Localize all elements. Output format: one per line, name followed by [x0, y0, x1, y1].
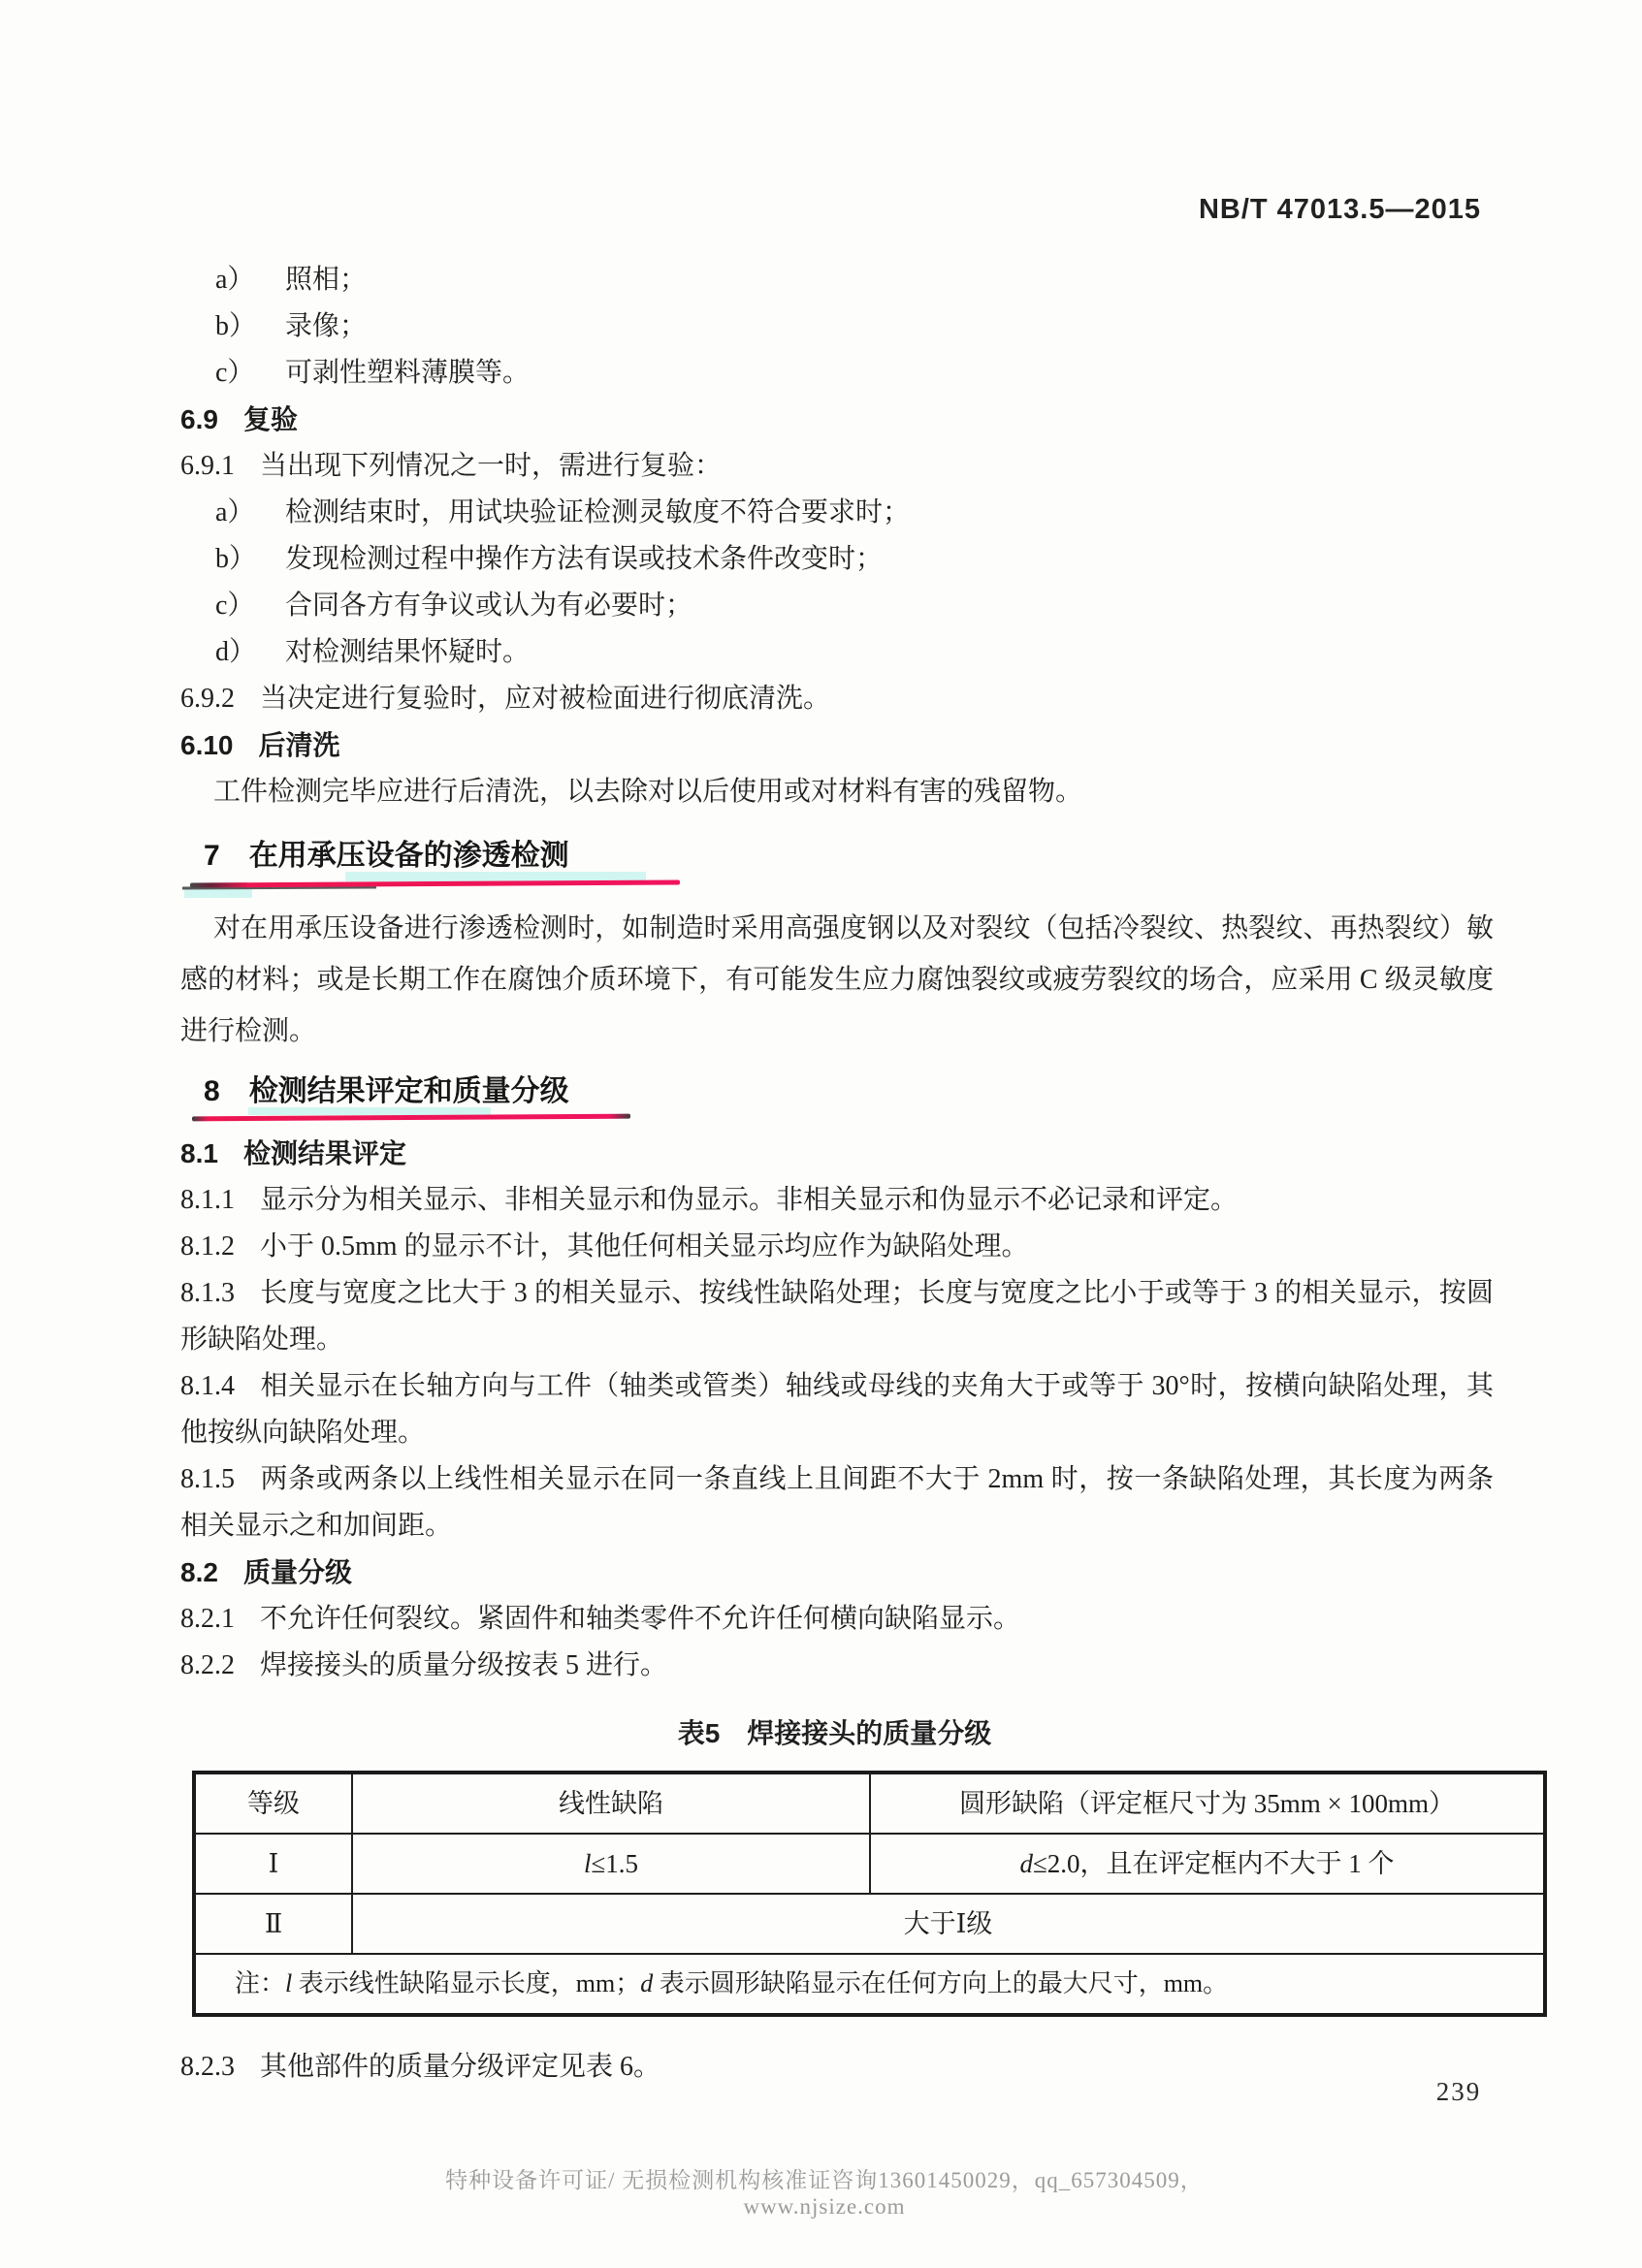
clause-8-1-2: 8.1.2小于 0.5mm 的显示不计，其他任何相关显示均应作为缺陷处理。	[180, 1224, 1494, 1270]
paragraph-6-10: 工件检测完毕应进行后清洗，以去除对以后使用或对材料有害的残留物。	[180, 769, 1494, 815]
clause-number: 6.9.1	[180, 451, 235, 481]
clause-text: 当出现下列情况之一时，需进行复验：	[260, 451, 722, 481]
clause-number: 8.2.3	[180, 2052, 235, 2082]
table-header-grade: 等级	[194, 1773, 352, 1834]
paragraph-7: 对在用承压设备进行渗透检测时，如制造时采用高强度钢以及对裂纹（包括冷裂纹、热裂纹…	[180, 903, 1494, 1057]
subsection-8-1-heading: 8.1检测结果评定	[180, 1131, 1494, 1177]
page-content: a）照相； b）录像； c）可剥性塑料薄膜等。 6.9复验 6.9.1当出现下列…	[180, 257, 1494, 2091]
section-title: 检测结果评定和质量分级	[249, 1075, 569, 1107]
clause-8-2-3: 8.2.3其他部件的质量分级评定见表 6。	[180, 2044, 1494, 2091]
list-item-label: b）	[215, 536, 260, 583]
clause-text: 两条或两条以上线性相关显示在同一条直线上且间距不大于 2mm 时，按一条缺陷处理…	[180, 1464, 1494, 1541]
clause-number: 8.1.1	[180, 1185, 235, 1215]
list-item: a）检测结束时，用试块验证检测灵敏度不符合要求时；	[215, 490, 1494, 536]
subsection-title: 后清洗	[259, 730, 340, 760]
list-item-text: 发现检测过程中操作方法有误或技术条件改变时；	[285, 544, 883, 574]
note-prefix: 注：	[235, 1969, 285, 1997]
clause-text: 长度与宽度之比大于 3 的相关显示、按线性缺陷处理；长度与宽度之比小于或等于 3…	[180, 1278, 1494, 1355]
table-header-linear-defect: 线性缺陷	[352, 1773, 870, 1834]
clause-text: 焊接接头的质量分级按表 5 进行。	[260, 1650, 667, 1680]
subsection-6-10-heading: 6.10后清洗	[180, 722, 1494, 769]
subsection-number: 6.10	[180, 730, 234, 760]
table-note-row: 注：l 表示线性缺陷显示长度，mm；d 表示圆形缺陷显示在任何方向上的最大尺寸，…	[194, 1954, 1545, 2015]
clause-8-2-2: 8.2.2焊接接头的质量分级按表 5 进行。	[180, 1643, 1494, 1689]
subsection-title: 复验	[243, 404, 298, 434]
clause-8-1-1: 8.1.1显示分为相关显示、非相关显示和伪显示。非相关显示和伪显示不必记录和评定…	[180, 1177, 1494, 1224]
table-header-row: 等级 线性缺陷 圆形缺陷（评定框尺寸为 35mm × 100mm）	[194, 1773, 1545, 1834]
table-row-grade-2: Ⅱ 大于Ⅰ级	[194, 1894, 1545, 1954]
section-number: 8	[204, 1075, 220, 1107]
clause-text: 不允许任何裂纹。紧固件和轴类零件不允许任何横向缺陷显示。	[260, 1604, 1020, 1634]
clause-number: 8.1.5	[180, 1464, 235, 1494]
list-item-label: c）	[215, 583, 260, 629]
clause-text: 其他部件的质量分级评定见表 6。	[260, 2052, 660, 2082]
clause-8-1-5: 8.1.5两条或两条以上线性相关显示在同一条直线上且间距不大于 2mm 时，按一…	[180, 1456, 1494, 1549]
section-7-heading: 7在用承压设备的渗透检测	[180, 831, 1494, 881]
list-item: c）可剥性塑料薄膜等。	[215, 350, 1494, 397]
list-item-text: 录像；	[285, 311, 367, 341]
list-item: a）照相；	[215, 257, 1494, 303]
section-number: 7	[204, 840, 220, 872]
list-item-text: 检测结束时，用试块验证检测灵敏度不符合要求时；	[285, 497, 910, 527]
grade-1-linear-cell: l≤1.5	[352, 1834, 870, 1894]
subsection-number: 8.2	[180, 1557, 218, 1587]
variable-d: d	[1019, 1849, 1033, 1878]
subsection-8-2-heading: 8.2质量分级	[180, 1549, 1494, 1596]
clause-6-9-1: 6.9.1当出现下列情况之一时，需进行复验：	[180, 443, 1494, 490]
clause-number: 8.1.2	[180, 1231, 235, 1262]
clause-6-9-2: 6.9.2当决定进行复验时，应对被检面进行彻底清洗。	[180, 676, 1494, 722]
doc-number: NB/T 47013.5—2015	[1199, 194, 1481, 226]
page-number: 239	[1418, 2077, 1499, 2107]
clause-number: 8.1.4	[180, 1371, 235, 1401]
list-item-label: c）	[215, 350, 260, 397]
grade-1-round-cell: d≤2.0，且在评定框内不大于 1 个	[870, 1834, 1545, 1894]
grade-2-cell: Ⅱ	[194, 1894, 352, 1954]
list-item: b）录像；	[215, 303, 1494, 350]
clause-number: 6.9.2	[180, 684, 235, 714]
table-row-grade-1: Ⅰ l≤1.5 d≤2.0，且在评定框内不大于 1 个	[194, 1834, 1545, 1894]
clause-8-1-4: 8.1.4相关显示在长轴方向与工件（轴类或管类）轴线或母线的夹角大于或等于 30…	[180, 1363, 1494, 1456]
note-text-1: 表示线性缺陷显示长度，mm；	[292, 1969, 640, 1997]
clause-text: 小于 0.5mm 的显示不计，其他任何相关显示均应作为缺陷处理。	[260, 1231, 1029, 1262]
list-item-text: 合同各方有争议或认为有必要时；	[285, 591, 692, 621]
section-7-underline	[190, 879, 680, 887]
clause-8-1-3: 8.1.3长度与宽度之比大于 3 的相关显示、按线性缺陷处理；长度与宽度之比小于…	[180, 1270, 1494, 1363]
list-item-text: 可剥性塑料薄膜等。	[285, 358, 530, 388]
list-item: b）发现检测过程中操作方法有误或技术条件改变时；	[215, 536, 1494, 583]
table-note: 注：l 表示线性缺陷显示长度，mm；d 表示圆形缺陷显示在任何方向上的最大尺寸，…	[194, 1954, 1545, 2015]
list-item-label: d）	[215, 629, 260, 676]
note-text-2: 表示圆形缺陷显示在任何方向上的最大尺寸，mm。	[653, 1969, 1228, 1997]
document-page: NB/T 47013.5—2015 a）照相； b）录像； c）可剥性塑料薄膜等…	[0, 0, 1642, 2268]
table-header-round-defect: 圆形缺陷（评定框尺寸为 35mm × 100mm）	[870, 1773, 1545, 1834]
subsection-number: 8.1	[180, 1138, 218, 1168]
clause-number: 8.1.3	[180, 1278, 235, 1308]
subsection-6-9-heading: 6.9复验	[180, 397, 1494, 443]
subsection-title: 质量分级	[243, 1557, 352, 1587]
clause-text: 当决定进行复验时，应对被检面进行彻底清洗。	[260, 684, 830, 714]
clause-number: 8.2.1	[180, 1604, 235, 1634]
subsection-title: 检测结果评定	[243, 1138, 406, 1168]
linear-limit: ≤1.5	[591, 1849, 638, 1878]
list-item-label: a）	[215, 490, 260, 536]
table-5-caption: 表5 焊接接头的质量分级	[180, 1710, 1489, 1757]
section-title: 在用承压设备的渗透检测	[249, 840, 569, 872]
subsection-number: 6.9	[180, 404, 218, 434]
list-item-text: 照相；	[285, 265, 367, 295]
list-item-label: a）	[215, 257, 260, 303]
table-5: 等级 线性缺陷 圆形缺陷（评定框尺寸为 35mm × 100mm） Ⅰ l≤1.…	[192, 1771, 1547, 2017]
list-item: d）对检测结果怀疑时。	[215, 629, 1494, 676]
variable-d: d	[640, 1969, 653, 1997]
clause-text: 相关显示在长轴方向与工件（轴类或管类）轴线或母线的夹角大于或等于 30°时，按横…	[180, 1371, 1494, 1448]
footer-watermark: 特种设备许可证/ 无损检测机构核准证咨询13601450029，qq_65730…	[383, 2162, 1266, 2220]
grade-2-merged-cell: 大于Ⅰ级	[352, 1894, 1545, 1954]
list-item-label: b）	[215, 303, 260, 350]
round-limit: ≤2.0，且在评定框内不大于 1 个	[1033, 1849, 1395, 1878]
section-8-heading: 8检测结果评定和质量分级	[180, 1067, 1494, 1117]
clause-text: 显示分为相关显示、非相关显示和伪显示。非相关显示和伪显示不必记录和评定。	[260, 1185, 1238, 1215]
scan-highlight-mark	[184, 889, 252, 898]
grade-1-cell: Ⅰ	[194, 1834, 352, 1894]
list-item: c）合同各方有争议或认为有必要时；	[215, 583, 1494, 629]
list-item-text: 对检测结果怀疑时。	[285, 637, 530, 667]
clause-8-2-1: 8.2.1不允许任何裂纹。紧固件和轴类零件不允许任何横向缺陷显示。	[180, 1596, 1494, 1643]
clause-number: 8.2.2	[180, 1650, 235, 1680]
